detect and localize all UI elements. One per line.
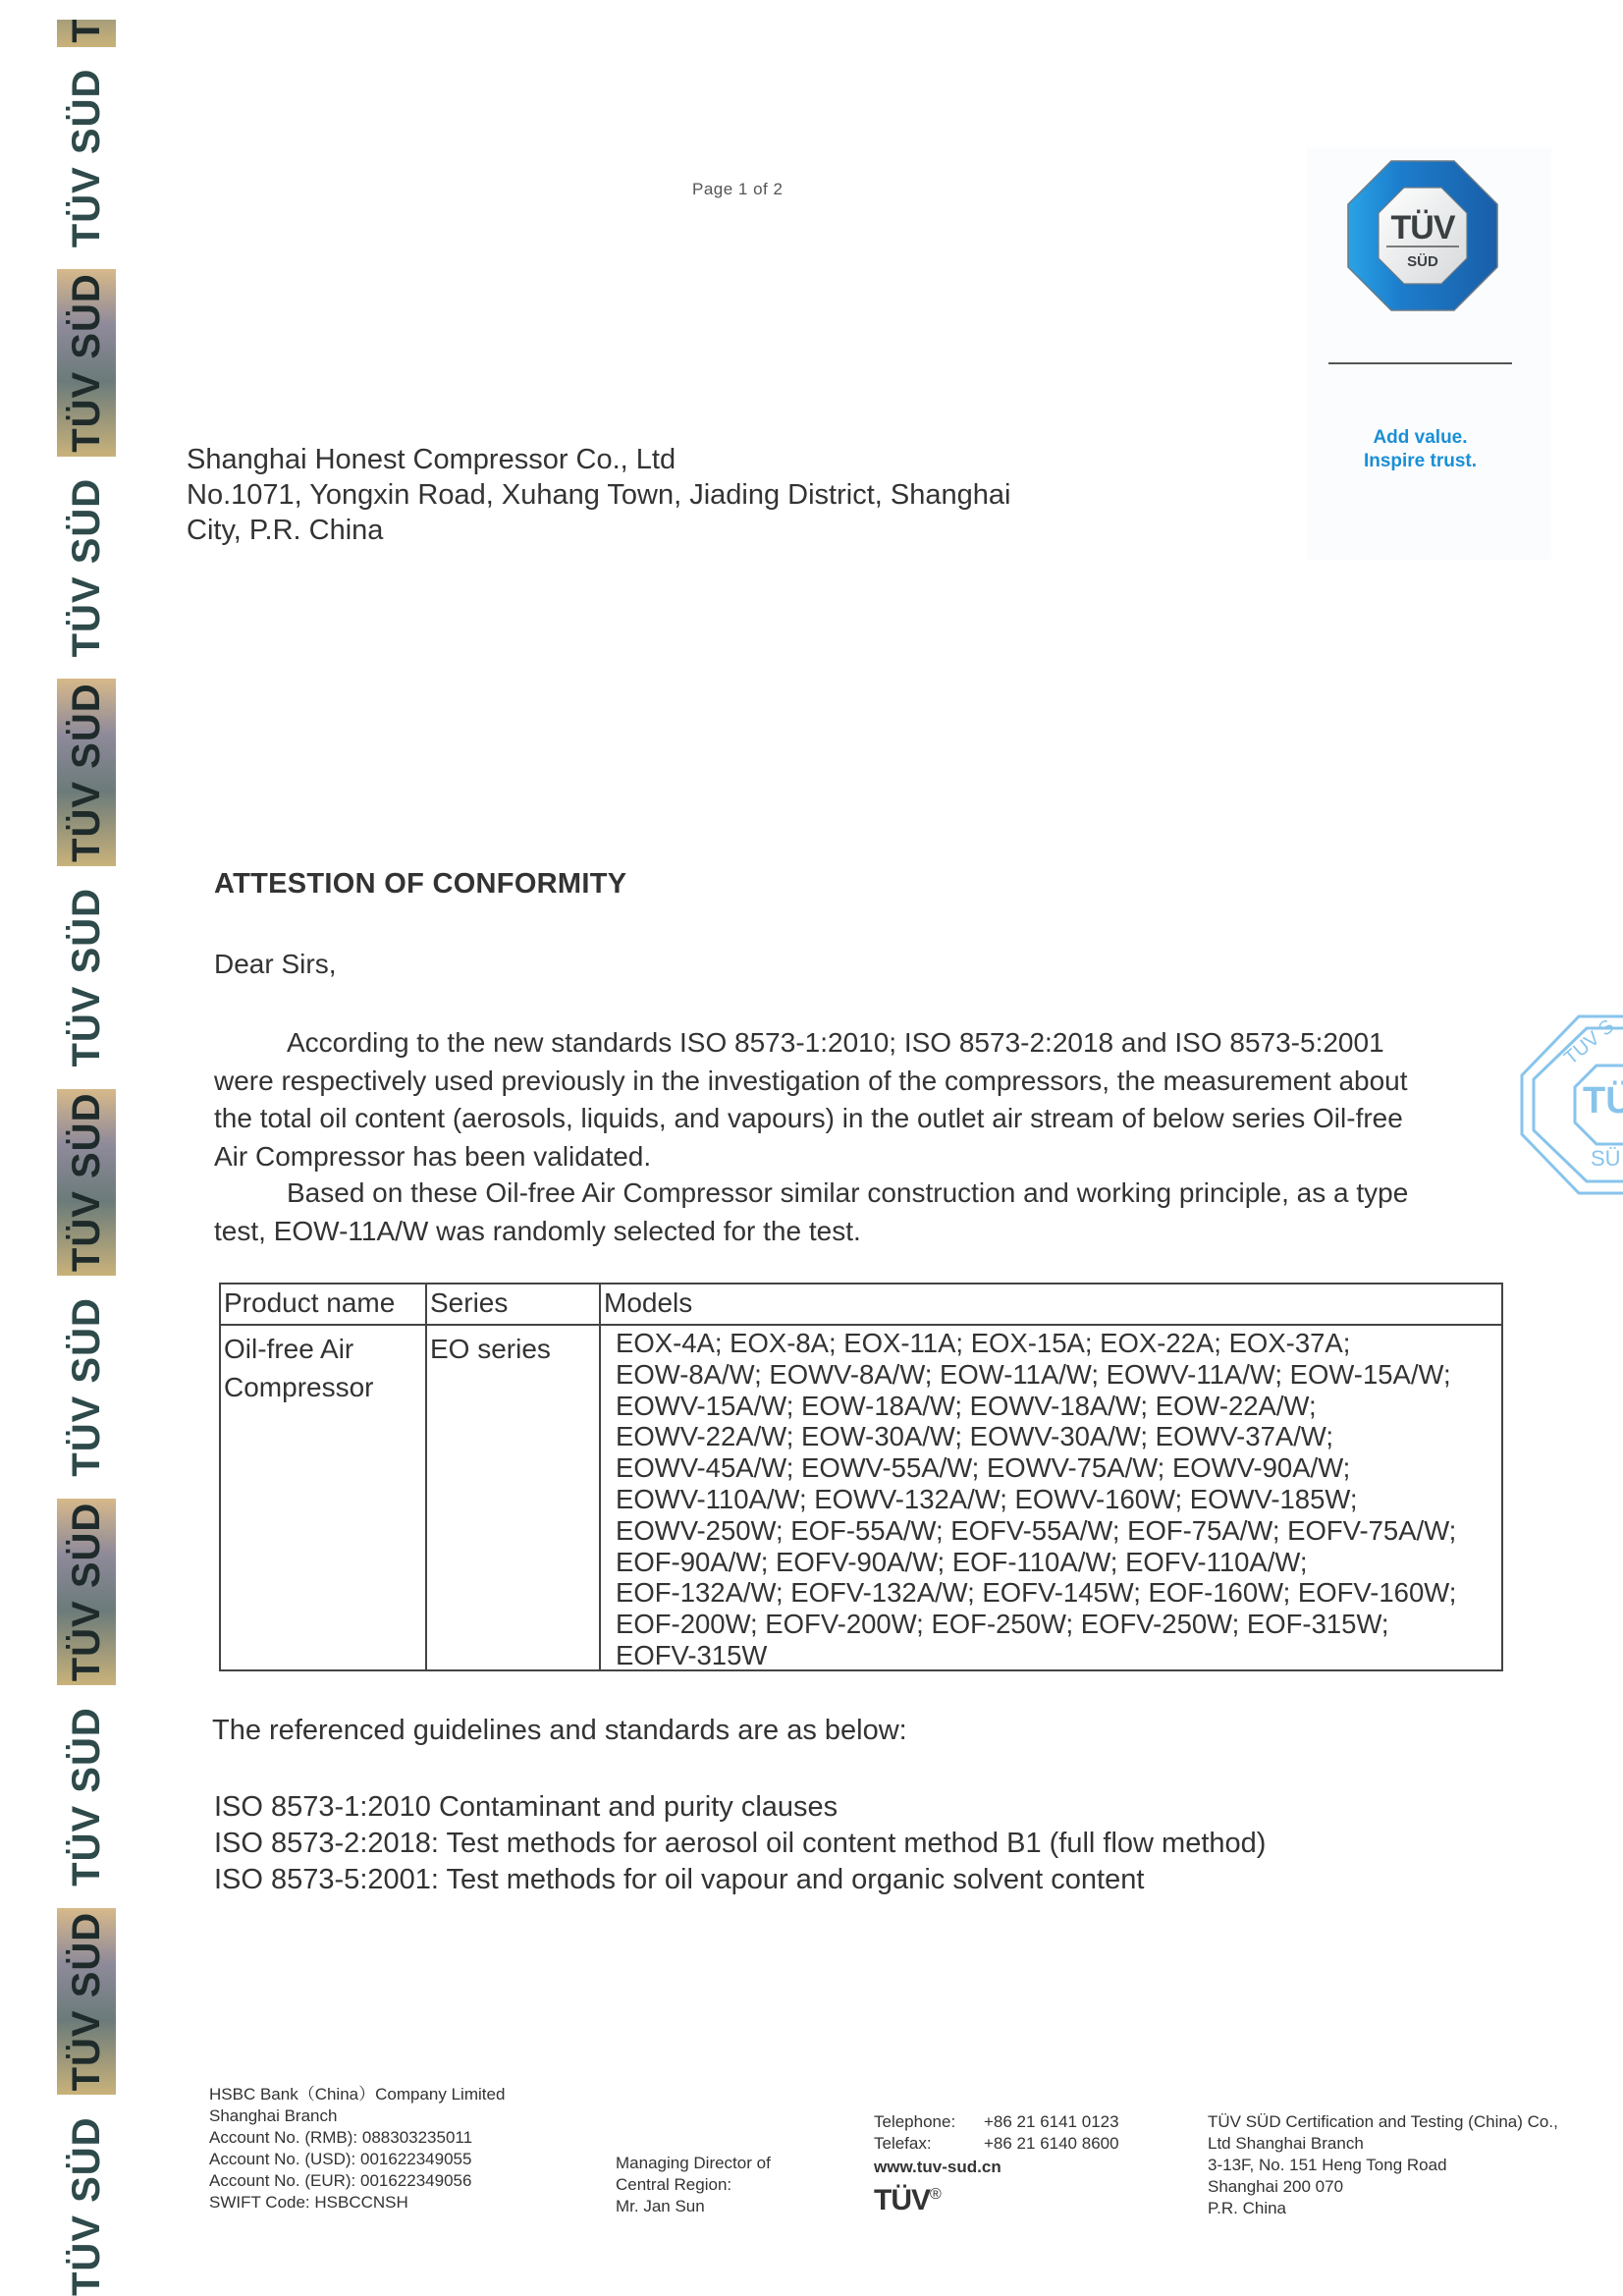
recipient-city: City, P.R. China [187,513,1010,548]
paragraph-type-test: Based on these Oil-free Air Compressor s… [214,1175,1432,1250]
table-divider [425,1285,427,1669]
header-product-name: Product name [224,1287,395,1319]
swift-code: SWIFT Code: HSBCCNSH [209,2192,505,2214]
telephone-number: +86 21 6141 0123 [984,2111,1119,2133]
band-text: TÜV SÜD [57,1089,116,1277]
model-line: EOF-90A/W; EOFV-90A/W; EOF-110A/W; EOFV-… [616,1547,1499,1578]
reference-item: ISO 8573-5:2001: Test methods for oil va… [214,1862,1266,1898]
paragraph-standards: According to the new standards ISO 8573-… [214,1024,1432,1175]
band-text: TÜV SÜD [57,478,116,658]
band-text: TÜV SÜD [57,888,116,1067]
model-line: EOWV-250W; EOF-55A/W; EOFV-55A/W; EOF-75… [616,1515,1499,1547]
company-street: 3-13F, No. 151 Heng Tong Road [1208,2155,1558,2176]
tagline-line-1: Add value. [1328,426,1512,450]
paragraph-type-test-text: Based on these Oil-free Air Compressor s… [214,1177,1408,1246]
band-text: TÜV SÜD [57,2116,116,2296]
table-header-row [221,1285,1501,1326]
svg-text:TÜ: TÜ [1583,1079,1623,1121]
company-country: P.R. China [1208,2198,1558,2219]
director-name: Mr. Jan Sun [616,2196,771,2217]
header-models: Models [604,1287,692,1319]
bank-name: HSBC Bank（China）Company Limited [209,2084,505,2105]
tuv-wordmark-text: TÜV [874,2184,930,2216]
model-line: EOWV-45A/W; EOWV-55A/W; EOWV-75A/W; EOWV… [616,1452,1499,1484]
telefax-label: Telefax: [874,2133,984,2155]
recipient-street: No.1071, Yongxin Road, Xuhang Town, Jiad… [187,477,1010,513]
svg-text:TUV S: TUV S [1560,1015,1618,1069]
model-line: EOW-8A/W; EOWV-8A/W; EOW-11A/W; EOWV-11A… [616,1359,1499,1391]
tagline: Add value. Inspire trust. [1328,426,1512,473]
security-band: TÜV SÜDTÜV SÜDTÜV SÜDTÜV SÜDTÜV SÜDTÜV S… [57,20,116,2296]
model-line: EOF-132A/W; EOFV-132A/W; EOFV-145W; EOF-… [616,1577,1499,1609]
registered-mark-icon: ® [930,2186,941,2203]
band-text: TÜV SÜD [57,269,116,457]
references-list: ISO 8573-1:2010 Contaminant and purity c… [214,1789,1266,1898]
telefax-number: +86 21 6140 8600 [984,2133,1119,2155]
band-text: TÜV SÜD [57,1297,116,1477]
band-text: TÜV SÜD [57,1908,116,2096]
tuv-stamp-icon: TUV S TÜ SÜ [1512,997,1623,1208]
cell-product-name: Oil-free Air Compressor [224,1330,420,1406]
band-text: TÜV SÜD [57,1707,116,1886]
cell-series: EO series [430,1330,551,1368]
company-name: TÜV SÜD Certification and Testing (China… [1208,2111,1558,2133]
security-band-text: TÜV SÜDTÜV SÜDTÜV SÜDTÜV SÜDTÜV SÜDTÜV S… [57,20,116,2296]
reference-item: ISO 8573-2:2018: Test methods for aeroso… [214,1826,1266,1862]
footer-contact: Telephone:+86 21 6141 0123 Telefax:+86 2… [874,2111,1119,2217]
document-title: ATTESTION OF CONFORMITY [214,868,626,901]
footer-managing-director: Managing Director of Central Region: Mr.… [616,2153,771,2217]
model-line: EOX-4A; EOX-8A; EOX-11A; EOX-15A; EOX-22… [616,1328,1499,1359]
model-line: EOWV-110A/W; EOWV-132A/W; EOWV-160W; EOW… [616,1484,1499,1515]
paragraph-standards-text: According to the new standards ISO 8573-… [214,1027,1408,1172]
band-text: TÜV SÜD [57,20,116,47]
logo-divider [1328,362,1512,364]
reference-item: ISO 8573-1:2010 Contaminant and purity c… [214,1789,1266,1826]
account-eur: Account No. (EUR): 001622349056 [209,2170,505,2192]
bank-branch: Shanghai Branch [209,2105,505,2127]
recipient-address: Shanghai Honest Compressor Co., Ltd No.1… [187,442,1010,548]
model-line: EOWV-15A/W; EOW-18A/W; EOWV-18A/W; EOW-2… [616,1391,1499,1422]
salutation: Dear Sirs, [214,949,336,980]
recipient-company: Shanghai Honest Compressor Co., Ltd [187,442,1010,477]
page-number: Page 1 of 2 [692,180,783,199]
director-title: Managing Director of [616,2153,771,2174]
models-table: Product name Series Models Oil-free Air … [219,1283,1503,1671]
tuv-wordmark: TÜV® [874,2178,1119,2217]
header-series: Series [430,1287,508,1319]
company-city: Shanghai 200 070 [1208,2176,1558,2198]
website-link[interactable]: www.tuv-sud.cn [874,2157,1119,2178]
table-divider [599,1285,601,1669]
model-line: EOF-200W; EOFV-200W; EOF-250W; EOFV-250W… [616,1609,1499,1640]
model-line: EOFV-315W [616,1640,1499,1671]
band-text: TÜV SÜD [57,69,116,248]
band-text: TÜV SÜD [57,1499,116,1686]
telephone-label: Telephone: [874,2111,984,2133]
band-text: TÜV SÜD [57,679,116,866]
account-usd: Account No. (USD): 001622349055 [209,2149,505,2170]
svg-text:SÜ: SÜ [1591,1146,1621,1171]
footer-company-address: TÜV SÜD Certification and Testing (China… [1208,2111,1558,2219]
company-branch: Ltd Shanghai Branch [1208,2133,1558,2155]
references-intro: The referenced guidelines and standards … [212,1715,907,1747]
svg-text:SÜD: SÜD [1407,253,1438,270]
account-rmb: Account No. (RMB): 088303235011 [209,2127,505,2149]
cell-models: EOX-4A; EOX-8A; EOX-11A; EOX-15A; EOX-22… [616,1328,1499,1671]
svg-text:TÜV: TÜV [1391,209,1456,246]
director-region: Central Region: [616,2174,771,2196]
footer-bank-details: HSBC Bank（China）Company Limited Shanghai… [209,2084,505,2214]
tagline-line-2: Inspire trust. [1328,450,1512,473]
tuv-sud-logo-icon: TÜV SÜD [1347,160,1498,311]
model-line: EOWV-22A/W; EOW-30A/W; EOWV-30A/W; EOWV-… [616,1421,1499,1452]
